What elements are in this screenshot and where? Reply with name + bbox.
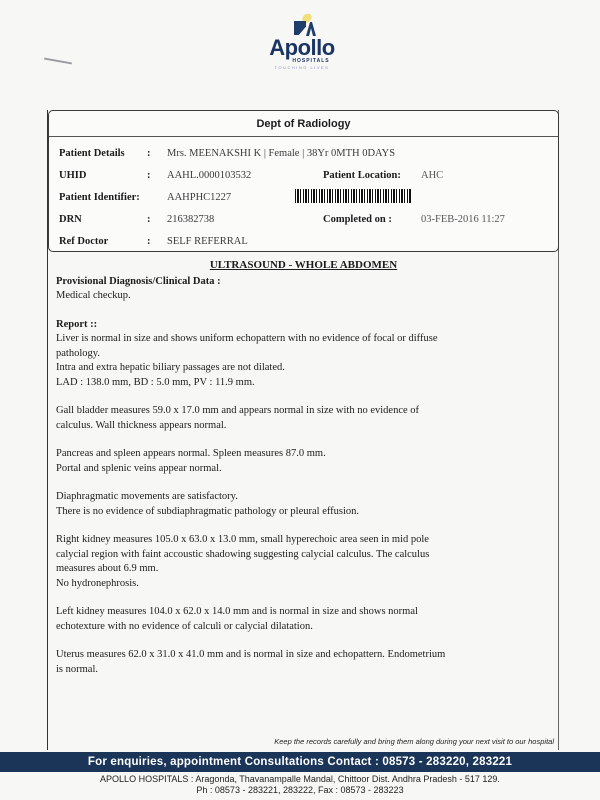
- finding-line: calycial region with faint accoustic sha…: [56, 548, 551, 563]
- drn-row: DRN : 216382738 Completed on : 03-FEB-20…: [59, 213, 82, 227]
- colon: :: [147, 235, 151, 249]
- finding-line: Gall bladder measures 59.0 x 17.0 mm and…: [56, 404, 551, 419]
- report-body: ULTRASOUND - WHOLE ABDOMEN Provisional D…: [56, 258, 551, 677]
- apollo-logo: Apollo HOSPITALS TOUCHING LIVES: [262, 14, 342, 76]
- finding-line: pathology.: [56, 347, 551, 362]
- report-findings: Liver is normal in size and shows unifor…: [56, 332, 551, 677]
- provisional-diagnosis-value: Medical checkup.: [56, 289, 551, 304]
- finding-paragraph: Diaphragmatic movements are satisfactory…: [56, 490, 551, 519]
- uhid-label: UHID: [59, 169, 86, 183]
- patient-details-label: Patient Details: [59, 147, 125, 161]
- patient-details-value: Mrs. MEENAKSHI K | Female | 38Yr 0MTH 0D…: [167, 147, 395, 161]
- logo-name: Apollo: [262, 38, 342, 58]
- colon: :: [147, 213, 151, 227]
- ref-doctor-row: Ref Doctor : SELF REFERRAL: [59, 235, 108, 249]
- patient-header: Dept of Radiology Patient Details : Mrs.…: [48, 110, 559, 252]
- finding-line: Pancreas and spleen appears normal. Sple…: [56, 447, 551, 462]
- uhid-value: AAHL.0000103532: [167, 169, 251, 183]
- drn-value: 216382738: [167, 213, 214, 227]
- finding-paragraph: Pancreas and spleen appears normal. Sple…: [56, 447, 551, 476]
- finding-paragraph: Gall bladder measures 59.0 x 17.0 mm and…: [56, 404, 551, 433]
- finding-paragraph: Liver is normal in size and shows unifor…: [56, 332, 551, 390]
- contact-banner: For enquiries, appointment Consultations…: [0, 752, 600, 772]
- completed-on-label: Completed on :: [323, 213, 392, 227]
- finding-line: calculus. Wall thickness appears normal.: [56, 419, 551, 434]
- address-line-1: APOLLO HOSPITALS : Aragonda, Thavanampal…: [0, 774, 600, 785]
- finding-paragraph: Right kidney measures 105.0 x 63.0 x 13.…: [56, 533, 551, 591]
- finding-line: No hydronephrosis.: [56, 577, 551, 592]
- finding-line: measures about 6.9 mm.: [56, 562, 551, 577]
- figure-shape: [306, 22, 316, 36]
- provisional-diagnosis-label: Provisional Diagnosis/Clinical Data :: [56, 275, 551, 290]
- finding-paragraph: Left kidney measures 104.0 x 62.0 x 14.0…: [56, 605, 551, 634]
- apollo-emblem-icon: [282, 14, 322, 38]
- finding-line: There is no evidence of subdiaphragmatic…: [56, 505, 551, 520]
- finding-line: Left kidney measures 104.0 x 62.0 x 14.0…: [56, 605, 551, 620]
- department-title: Dept of Radiology: [49, 111, 558, 137]
- patient-details-row: Patient Details : Mrs. MEENAKSHI K | Fem…: [59, 147, 125, 161]
- report-label: Report ::: [56, 318, 551, 333]
- finding-line: Portal and splenic veins appear normal.: [56, 462, 551, 477]
- logo-tagline: TOUCHING LIVES: [262, 65, 342, 70]
- patient-location-value: AHC: [421, 169, 443, 183]
- patient-identifier-row: Patient Identifier: AAHPHC1227: [59, 191, 140, 205]
- finding-paragraph: Uterus measures 62.0 x 31.0 x 41.0 mm an…: [56, 648, 551, 677]
- ref-doctor-value: SELF REFERRAL: [167, 235, 248, 249]
- completed-on-value: 03-FEB-2016 11:27: [421, 213, 505, 227]
- finding-line: Uterus measures 62.0 x 31.0 x 41.0 mm an…: [56, 648, 551, 663]
- colon: :: [147, 147, 151, 161]
- drn-label: DRN: [59, 213, 82, 227]
- emblem-shape: [294, 21, 306, 35]
- finding-line: is normal.: [56, 663, 551, 678]
- pen-mark: [44, 58, 72, 65]
- address-line-2: Ph : 08573 - 283221, 283222, Fax : 08573…: [0, 785, 600, 796]
- barcode: [295, 189, 411, 203]
- patient-identifier-label: Patient Identifier:: [59, 191, 140, 205]
- finding-line: Diaphragmatic movements are satisfactory…: [56, 490, 551, 505]
- finding-line: Liver is normal in size and shows unifor…: [56, 332, 551, 347]
- finding-line: echotexture with no evidence of calculi …: [56, 620, 551, 635]
- patient-location-label: Patient Location:: [323, 169, 401, 183]
- report-title: ULTRASOUND - WHOLE ABDOMEN: [56, 258, 551, 273]
- finding-line: LAD : 138.0 mm, BD : 5.0 mm, PV : 11.9 m…: [56, 376, 551, 391]
- ref-doctor-label: Ref Doctor: [59, 235, 108, 249]
- finding-line: Right kidney measures 105.0 x 63.0 x 13.…: [56, 533, 551, 548]
- colon: :: [147, 169, 151, 183]
- hospital-address: APOLLO HOSPITALS : Aragonda, Thavanampal…: [0, 774, 600, 796]
- uhid-row: UHID : AAHL.0000103532 Patient Location:…: [59, 169, 86, 183]
- finding-line: Intra and extra hepatic biliary passages…: [56, 361, 551, 376]
- patient-identifier-value: AAHPHC1227: [167, 191, 231, 205]
- keep-records-note: Keep the records carefully and bring the…: [274, 737, 554, 746]
